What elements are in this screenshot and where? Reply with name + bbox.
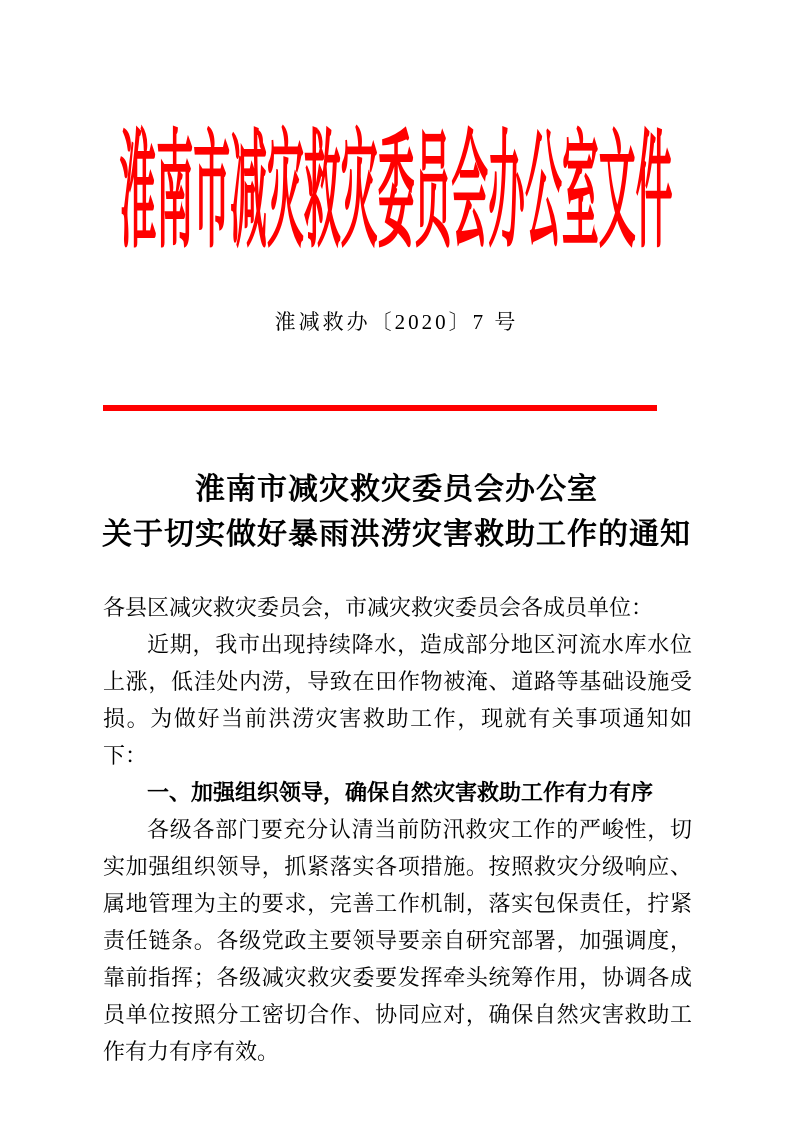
salutation-line: 各县区减灾救灾委员会，市减灾救灾委员会各成员单位： <box>103 589 692 626</box>
document-title-line-2: 关于切实做好暴雨洪涝灾害救助工作的通知 <box>0 512 793 557</box>
issuing-agency-banner-text: 淮南市减灾救灾委员会办公室文件 <box>120 131 673 258</box>
section-1-paragraph: 各级各部门要充分认清当前防汛救灾工作的严峻性，切实加强组织领导，抓紧落实各项措施… <box>103 811 692 1070</box>
section-1-heading: 一、加强组织领导，确保自然灾害救助工作有力有序 <box>103 774 692 811</box>
document-reference-number: 淮减救办〔2020〕7 号 <box>0 308 793 336</box>
intro-paragraph: 近期，我市出现持续降水，造成部分地区河流水库水位上涨，低洼处内涝，导致在田作物被… <box>103 626 692 774</box>
document-title-line-1: 淮南市减灾救灾委员会办公室 <box>0 467 793 512</box>
red-divider-rule <box>103 405 657 411</box>
document-page: 淮南市减灾救灾委员会办公室文件 淮减救办〔2020〕7 号 淮南市减灾救灾委员会… <box>0 0 793 1122</box>
document-body: 各县区减灾救灾委员会，市减灾救灾委员会各成员单位： 近期，我市出现持续降水，造成… <box>103 589 692 1070</box>
document-title: 淮南市减灾救灾委员会办公室 关于切实做好暴雨洪涝灾害救助工作的通知 <box>0 467 793 557</box>
red-letterhead-banner: 淮南市减灾救灾委员会办公室文件 <box>0 176 793 222</box>
